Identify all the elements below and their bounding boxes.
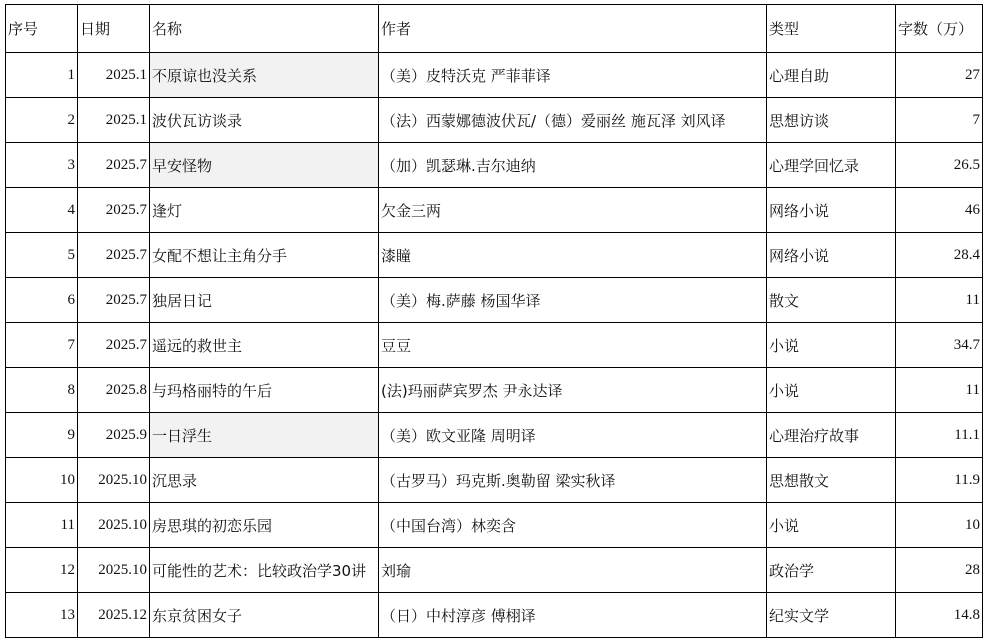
cell-word-count[interactable]: 27	[896, 53, 983, 98]
header-name[interactable]: 名称	[150, 5, 379, 53]
cell-author[interactable]: （法）西蒙娜德波伏瓦/（德）爱丽丝 施瓦泽 刘风译	[379, 98, 767, 143]
cell-name[interactable]: 东京贫困女子	[150, 593, 379, 638]
table-row: 7 2025.7 遥远的救世主 豆豆 小说 34.7	[6, 323, 983, 368]
cell-author[interactable]: （加）凯瑟琳.吉尔迪纳	[379, 143, 767, 188]
cell-word-count[interactable]: 10	[896, 503, 983, 548]
cell-word-count[interactable]: 46	[896, 188, 983, 233]
cell-word-count[interactable]: 34.7	[896, 323, 983, 368]
cell-name[interactable]: 女配不想让主角分手	[150, 233, 379, 278]
table-row: 12 2025.10 可能性的艺术：比较政治学30讲 刘瑜 政治学 28	[6, 548, 983, 593]
cell-index[interactable]: 6	[6, 278, 78, 323]
reading-list-sheet: 序号 日期 名称 作者 类型 字数（万） 1 2025.1 不原谅也没关系 （美…	[5, 4, 983, 638]
cell-date[interactable]: 2025.10	[78, 503, 150, 548]
cell-type[interactable]: 心理学回忆录	[767, 143, 896, 188]
cell-author[interactable]: （古罗马）玛克斯.奥勒留 梁实秋译	[379, 458, 767, 503]
cell-type[interactable]: 小说	[767, 368, 896, 413]
cell-name[interactable]: 与玛格丽特的午后	[150, 368, 379, 413]
cell-word-count[interactable]: 11	[896, 278, 983, 323]
cell-word-count[interactable]: 11.1	[896, 413, 983, 458]
header-date[interactable]: 日期	[78, 5, 150, 53]
cell-word-count[interactable]: 26.5	[896, 143, 983, 188]
cell-date[interactable]: 2025.9	[78, 413, 150, 458]
cell-index[interactable]: 1	[6, 53, 78, 98]
header-author[interactable]: 作者	[379, 5, 767, 53]
cell-author[interactable]: 欠金三两	[379, 188, 767, 233]
cell-date[interactable]: 2025.1	[78, 98, 150, 143]
cell-author[interactable]: （美）皮特沃克 严菲菲译	[379, 53, 767, 98]
header-word-count[interactable]: 字数（万）	[896, 5, 983, 53]
reading-list-table: 序号 日期 名称 作者 类型 字数（万） 1 2025.1 不原谅也没关系 （美…	[5, 4, 983, 638]
table-row: 2 2025.1 波伏瓦访谈录 （法）西蒙娜德波伏瓦/（德）爱丽丝 施瓦泽 刘风…	[6, 98, 983, 143]
cell-author[interactable]: 漆瞳	[379, 233, 767, 278]
cell-date[interactable]: 2025.7	[78, 323, 150, 368]
cell-type[interactable]: 思想访谈	[767, 98, 896, 143]
header-type[interactable]: 类型	[767, 5, 896, 53]
header-index[interactable]: 序号	[6, 5, 78, 53]
cell-word-count[interactable]: 28	[896, 548, 983, 593]
cell-index[interactable]: 9	[6, 413, 78, 458]
cell-author[interactable]: （美）欧文亚隆 周明译	[379, 413, 767, 458]
table-row: 3 2025.7 早安怪物 （加）凯瑟琳.吉尔迪纳 心理学回忆录 26.5	[6, 143, 983, 188]
table-row: 6 2025.7 独居日记 （美）梅.萨藤 杨国华译 散文 11	[6, 278, 983, 323]
cell-index[interactable]: 5	[6, 233, 78, 278]
table-row: 11 2025.10 房思琪的初恋乐园 （中国台湾）林奕含 小说 10	[6, 503, 983, 548]
cell-word-count[interactable]: 7	[896, 98, 983, 143]
cell-word-count[interactable]: 14.8	[896, 593, 983, 638]
cell-date[interactable]: 2025.12	[78, 593, 150, 638]
cell-word-count[interactable]: 11.9	[896, 458, 983, 503]
cell-word-count[interactable]: 11	[896, 368, 983, 413]
cell-type[interactable]: 网络小说	[767, 188, 896, 233]
cell-index[interactable]: 12	[6, 548, 78, 593]
table-row: 1 2025.1 不原谅也没关系 （美）皮特沃克 严菲菲译 心理自助 27	[6, 53, 983, 98]
cell-index[interactable]: 4	[6, 188, 78, 233]
cell-date[interactable]: 2025.7	[78, 143, 150, 188]
cell-name[interactable]: 可能性的艺术：比较政治学30讲	[150, 548, 379, 593]
cell-type[interactable]: 政治学	[767, 548, 896, 593]
header-row: 序号 日期 名称 作者 类型 字数（万）	[6, 5, 983, 53]
cell-date[interactable]: 2025.8	[78, 368, 150, 413]
cell-author[interactable]: 豆豆	[379, 323, 767, 368]
cell-date[interactable]: 2025.7	[78, 188, 150, 233]
cell-author[interactable]: （美）梅.萨藤 杨国华译	[379, 278, 767, 323]
cell-type[interactable]: 心理自助	[767, 53, 896, 98]
table-row: 5 2025.7 女配不想让主角分手 漆瞳 网络小说 28.4	[6, 233, 983, 278]
cell-index[interactable]: 10	[6, 458, 78, 503]
cell-name[interactable]: 沉思录	[150, 458, 379, 503]
cell-index[interactable]: 2	[6, 98, 78, 143]
cell-name[interactable]: 遥远的救世主	[150, 323, 379, 368]
cell-date[interactable]: 2025.1	[78, 53, 150, 98]
table-row: 4 2025.7 逢灯 欠金三两 网络小说 46	[6, 188, 983, 233]
cell-author[interactable]: （中国台湾）林奕含	[379, 503, 767, 548]
cell-type[interactable]: 心理治疗故事	[767, 413, 896, 458]
table-row: 9 2025.9 一日浮生 （美）欧文亚隆 周明译 心理治疗故事 11.1	[6, 413, 983, 458]
table-row: 13 2025.12 东京贫困女子 （日）中村淳彦 傅栩译 纪实文学 14.8	[6, 593, 983, 638]
cell-index[interactable]: 11	[6, 503, 78, 548]
cell-index[interactable]: 3	[6, 143, 78, 188]
cell-index[interactable]: 7	[6, 323, 78, 368]
cell-date[interactable]: 2025.7	[78, 233, 150, 278]
cell-type[interactable]: 散文	[767, 278, 896, 323]
cell-word-count[interactable]: 28.4	[896, 233, 983, 278]
cell-date[interactable]: 2025.10	[78, 548, 150, 593]
cell-author[interactable]: 刘瑜	[379, 548, 767, 593]
cell-name[interactable]: 早安怪物	[150, 143, 379, 188]
cell-author[interactable]: (法)玛丽萨宾罗杰 尹永达译	[379, 368, 767, 413]
table-row: 8 2025.8 与玛格丽特的午后 (法)玛丽萨宾罗杰 尹永达译 小说 11	[6, 368, 983, 413]
cell-name[interactable]: 波伏瓦访谈录	[150, 98, 379, 143]
cell-name[interactable]: 房思琪的初恋乐园	[150, 503, 379, 548]
cell-date[interactable]: 2025.7	[78, 278, 150, 323]
cell-index[interactable]: 8	[6, 368, 78, 413]
cell-name[interactable]: 独居日记	[150, 278, 379, 323]
cell-name[interactable]: 逢灯	[150, 188, 379, 233]
cell-author[interactable]: （日）中村淳彦 傅栩译	[379, 593, 767, 638]
table-row: 10 2025.10 沉思录 （古罗马）玛克斯.奥勒留 梁实秋译 思想散文 11…	[6, 458, 983, 503]
cell-type[interactable]: 纪实文学	[767, 593, 896, 638]
cell-date[interactable]: 2025.10	[78, 458, 150, 503]
cell-name[interactable]: 不原谅也没关系	[150, 53, 379, 98]
cell-type[interactable]: 小说	[767, 323, 896, 368]
cell-type[interactable]: 小说	[767, 503, 896, 548]
cell-name[interactable]: 一日浮生	[150, 413, 379, 458]
cell-type[interactable]: 网络小说	[767, 233, 896, 278]
cell-type[interactable]: 思想散文	[767, 458, 896, 503]
cell-index[interactable]: 13	[6, 593, 78, 638]
